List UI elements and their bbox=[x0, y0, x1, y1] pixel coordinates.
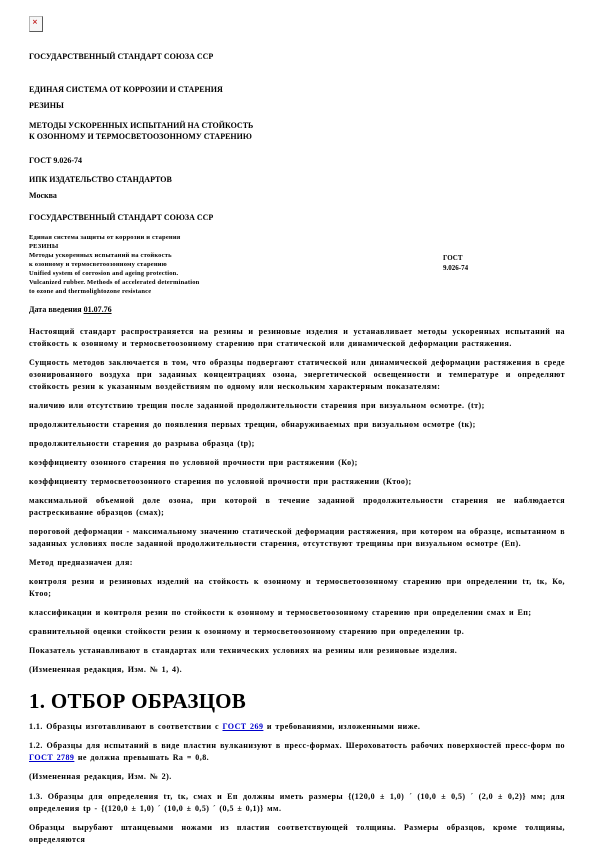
paragraph: Сущность методов заключается в том, что … bbox=[29, 357, 565, 393]
document-page: × ГОСУДАРСТВЕННЫЙ СТАНДАРТ СОЮЗА ССР ЕДИ… bbox=[0, 0, 595, 856]
paragraph: коэффициенту озонного старения по условн… bbox=[29, 457, 565, 469]
paragraph-text: 1.1. Образцы изготавливают в соответстви… bbox=[29, 722, 222, 731]
paragraph: классификации и контроля резин по стойко… bbox=[29, 607, 565, 619]
gost-2789-link[interactable]: ГОСТ 2789 bbox=[29, 753, 74, 762]
masthead-rubbers-line: РЕЗИНЫ bbox=[29, 101, 565, 111]
paragraph: Настоящий стандарт распространяется на р… bbox=[29, 326, 565, 350]
paragraph: Метод предназначен для: bbox=[29, 557, 565, 569]
title-block-line: РЕЗИНЫ bbox=[29, 242, 565, 251]
broken-image-icon: × bbox=[29, 16, 43, 32]
masthead-state-standard-line-2: ГОСУДАРСТВЕННЫЙ СТАНДАРТ СОЮЗА ССР bbox=[29, 213, 565, 223]
title-block-line: Единая система защиты от коррозии и стар… bbox=[29, 233, 565, 242]
title-block-line: to ozone and thermolightozone resistance bbox=[29, 287, 565, 296]
paragraph: пороговой деформации - максимальному зна… bbox=[29, 526, 565, 550]
paragraph: продолжительности старения до разрыва об… bbox=[29, 438, 565, 450]
section-1: 1. ОТБОР ОБРАЗЦОВ 1.1. Образцы изготавли… bbox=[29, 690, 565, 846]
standard-title-block: Единая система защиты от коррозии и стар… bbox=[29, 233, 565, 296]
masthead-gost-number: ГОСТ 9.026-74 bbox=[29, 156, 565, 166]
broken-image-x-glyph: × bbox=[30, 17, 38, 26]
intro-paragraphs: Настоящий стандарт распространяется на р… bbox=[29, 326, 565, 676]
paragraph: продолжительности старения до появления … bbox=[29, 419, 565, 431]
effective-date-label: Дата введения bbox=[29, 305, 82, 314]
paragraph-text: и требованиями, изложенными ниже. bbox=[263, 722, 420, 731]
paragraph: сравнительной оценки стойкости резин к о… bbox=[29, 626, 565, 638]
paragraph: наличию или отсутствию трещин после зада… bbox=[29, 400, 565, 412]
standard-code-badge: ГОСТ 9.026-74 bbox=[443, 253, 468, 273]
effective-date-value: 01.07.76 bbox=[84, 305, 112, 314]
masthead-city-line: Москва bbox=[29, 191, 565, 201]
masthead-publisher-line: ИПК ИЗДАТЕЛЬСТВО СТАНДАРТОВ bbox=[29, 175, 565, 185]
amendment-note: (Измененная редакция, Изм. № 1, 4). bbox=[29, 664, 565, 676]
masthead-methods-title: МЕТОДЫ УСКОРЕННЫХ ИСПЫТАНИЙ НА СТОЙКОСТЬ… bbox=[29, 120, 565, 142]
masthead: ГОСУДАРСТВЕННЫЙ СТАНДАРТ СОЮЗА ССР ЕДИНА… bbox=[29, 52, 565, 223]
paragraph-1-3: 1.3. Образцы для определения tт, tк, сма… bbox=[29, 791, 565, 815]
amendment-note-2: (Измененная редакция, Изм. № 2). bbox=[29, 771, 565, 783]
gost-269-link[interactable]: ГОСТ 269 bbox=[222, 722, 263, 731]
masthead-unified-system-line: ЕДИНАЯ СИСТЕМА ОТ КОРРОЗИИ И СТАРЕНИЯ bbox=[29, 85, 565, 95]
paragraph-1-2: 1.2. Образцы для испытаний в виде пласти… bbox=[29, 740, 565, 764]
section-1-heading: 1. ОТБОР ОБРАЗЦОВ bbox=[29, 690, 565, 713]
paragraph: контроля резин и резиновых изделий на ст… bbox=[29, 576, 565, 600]
paragraph-text: не должна превышать Rа = 0,8. bbox=[74, 753, 209, 762]
paragraph-1-3-continued: Образцы вырубают штанцевыми ножами из пл… bbox=[29, 822, 565, 846]
effective-date-line: Дата введения 01.07.76 bbox=[29, 304, 565, 315]
paragraph-1-1: 1.1. Образцы изготавливают в соответстви… bbox=[29, 721, 565, 733]
paragraph: максимальной объемной доле озона, при ко… bbox=[29, 495, 565, 519]
title-block-line: Unified system of corrosion and ageing p… bbox=[29, 269, 565, 278]
title-block-line: к озонному и термосветоозонному старению bbox=[29, 260, 565, 269]
paragraph: Показатель устанавливают в стандартах ил… bbox=[29, 645, 565, 657]
masthead-state-standard-line: ГОСУДАРСТВЕННЫЙ СТАНДАРТ СОЮЗА ССР bbox=[29, 52, 565, 62]
paragraph-text: 1.2. Образцы для испытаний в виде пласти… bbox=[29, 741, 565, 750]
title-block-line: Методы ускоренных испытаний на стойкость bbox=[29, 251, 565, 260]
title-block-line: Vulcanized rubber. Methods of accelerate… bbox=[29, 278, 565, 287]
paragraph: коэффициенту термосветоозонного старения… bbox=[29, 476, 565, 488]
